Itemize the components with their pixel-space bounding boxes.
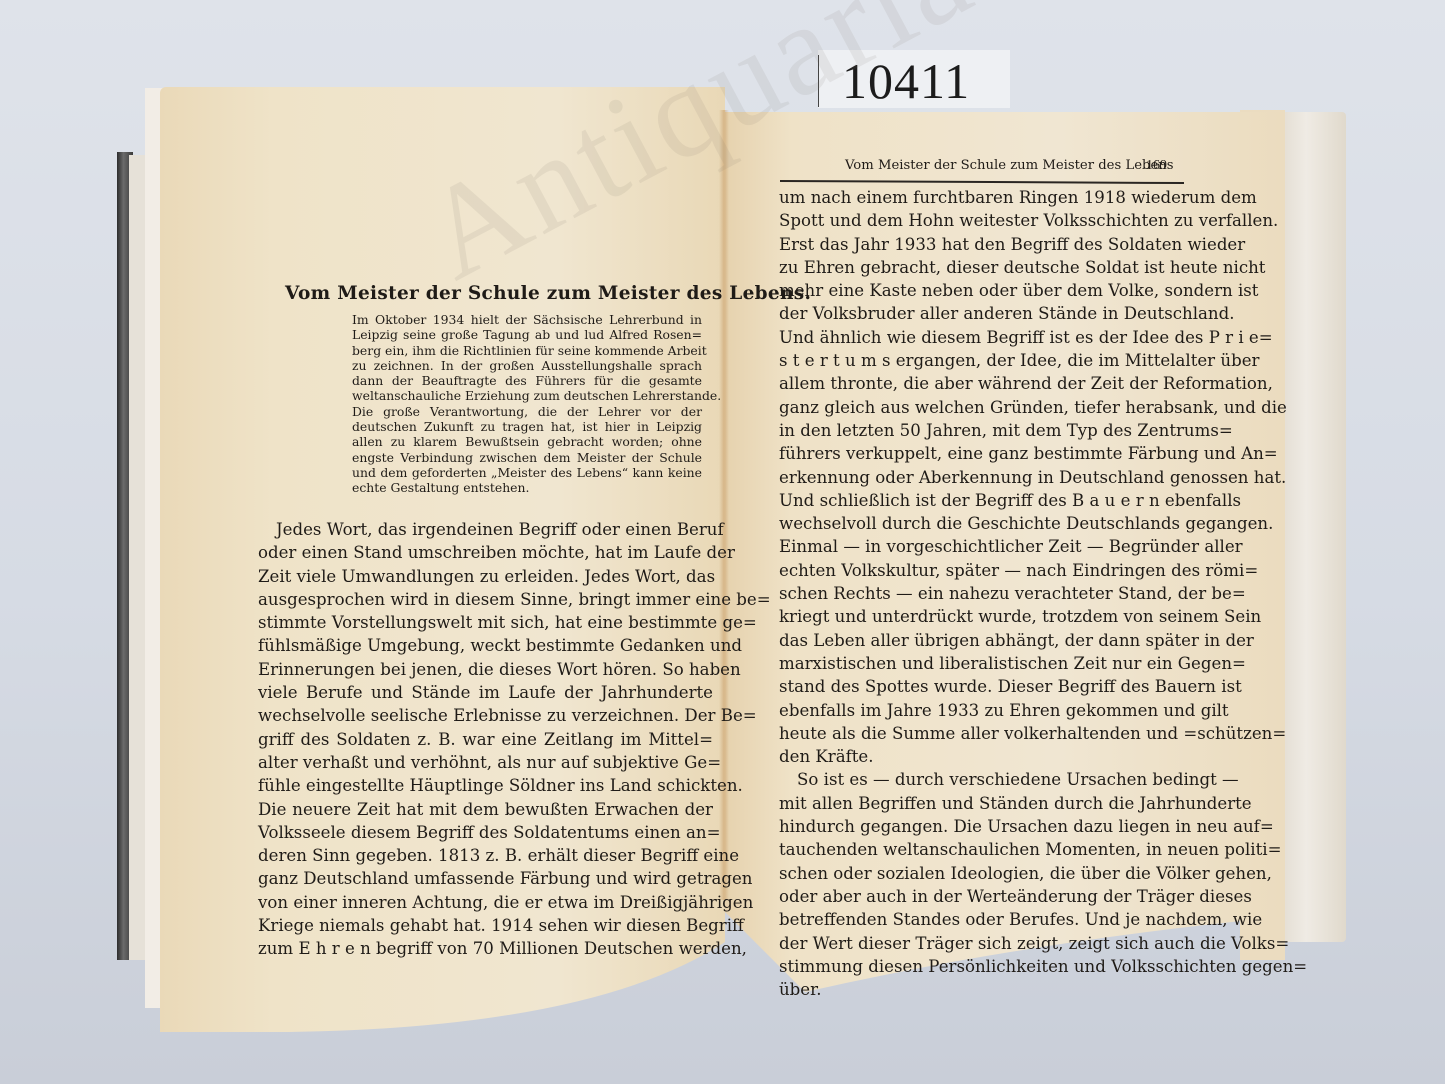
- page-number: 169: [1146, 158, 1167, 174]
- body-line: ebenfalls im Jahre 1933 zu Ehren gekomme…: [779, 699, 1184, 722]
- intro-line: Leipzig seine große Tagung ab und lud Al…: [352, 327, 702, 342]
- intro-line: deutschen Zukunft zu tragen hat, ist hie…: [352, 419, 702, 434]
- body-line: um nach einem furchtbaren Ringen 1918 wi…: [779, 186, 1184, 209]
- body-line: ganz Deutschland umfassende Färbung und …: [258, 867, 713, 890]
- body-line: der Volksbruder aller anderen Stände in …: [779, 302, 1184, 325]
- body-line: in den letzten 50 Jahren, mit dem Typ de…: [779, 419, 1184, 442]
- body-line: fühlsmäßige Umgebung, weckt bestimmte Ge…: [258, 634, 713, 657]
- body-line: über.: [779, 978, 1184, 1001]
- body-line: Erst das Jahr 1933 hat den Begriff des S…: [779, 233, 1184, 256]
- body-line: s t e r t u m s ergangen, der Idee, die …: [779, 349, 1184, 372]
- body-line: oder einen Stand umschreiben möchte, hat…: [258, 541, 713, 564]
- body-line: echten Volkskultur, später — nach Eindri…: [779, 559, 1184, 582]
- body-line: oder aber auch in der Werteänderung der …: [779, 885, 1184, 908]
- body-line: Die neuere Zeit hat mit dem bewußten Erw…: [258, 798, 713, 821]
- body-line: Spott und dem Hohn weitester Volksschich…: [779, 209, 1184, 232]
- body-line: den Kräfte.: [779, 745, 1184, 768]
- body-line: wechselvolle seelische Erlebnisse zu ver…: [258, 704, 713, 727]
- intro-line: allen zu klarem Bewußtsein gebracht word…: [352, 434, 702, 449]
- body-line: der Wert dieser Träger sich zeigt, zeigt…: [779, 932, 1184, 955]
- body-line: das Leben aller übrigen abhängt, der dan…: [779, 629, 1184, 652]
- body-line: Erinnerungen bei jenen, die dieses Wort …: [258, 658, 713, 681]
- intro-line: Die große Verantwortung, die der Lehrer …: [352, 404, 702, 419]
- body-line: schen Rechts — ein nahezu verachteter St…: [779, 582, 1184, 605]
- body-line: allem thronte, die aber während der Zeit…: [779, 372, 1184, 395]
- body-line: betreffenden Standes oder Berufes. Und j…: [779, 908, 1184, 931]
- body-line: stimmung diesen Persönlichkeiten und Vol…: [779, 955, 1184, 978]
- body-line: mit allen Begriffen und Ständen durch di…: [779, 792, 1184, 815]
- running-header: Vom Meister der Schule zum Meister des L…: [845, 158, 1174, 173]
- body-line: wechselvoll durch die Geschichte Deutsch…: [779, 512, 1184, 535]
- intro-line: Im Oktober 1934 hielt der Sächsische Leh…: [352, 312, 702, 327]
- right-page-body: um nach einem furchtbaren Ringen 1918 wi…: [779, 186, 1184, 1001]
- body-line: zum E h r e n begriff von 70 Millionen D…: [258, 937, 713, 960]
- intro-line: und dem geforderten „Meister des Lebens“…: [352, 465, 702, 480]
- intro-line: echte Gestaltung entstehen.: [352, 480, 702, 495]
- body-line: deren Sinn gegeben. 1813 z. B. erhält di…: [258, 844, 713, 867]
- body-line: marxistischen und liberalistischen Zeit …: [779, 652, 1184, 675]
- body-line: kriegt und unterdrückt wurde, trotzdem v…: [779, 605, 1184, 628]
- intro-line: engste Verbindung zwischen dem Meister d…: [352, 450, 702, 465]
- body-line: Jedes Wort, das irgendeinen Begriff oder…: [258, 518, 713, 541]
- left-page-body: Jedes Wort, das irgendeinen Begriff oder…: [258, 518, 713, 961]
- body-line: mehr eine Kaste neben oder über dem Volk…: [779, 279, 1184, 302]
- chapter-intro: Im Oktober 1934 hielt der Sächsische Leh…: [352, 312, 702, 496]
- body-line: hindurch gegangen. Die Ursachen dazu lie…: [779, 815, 1184, 838]
- body-line: griff des Soldaten z. B. war eine Zeitla…: [258, 728, 713, 751]
- body-line: stand des Spottes wurde. Dieser Begriff …: [779, 675, 1184, 698]
- body-line: zu Ehren gebracht, dieser deutsche Solda…: [779, 256, 1184, 279]
- body-line: Zeit viele Umwandlungen zu erleiden. Jed…: [258, 565, 713, 588]
- body-line: viele Berufe und Stände im Laufe der Jah…: [258, 681, 713, 704]
- body-line: ausgesprochen wird in diesem Sinne, brin…: [258, 588, 713, 611]
- body-line: fühle eingestellte Häuptlinge Söldner in…: [258, 774, 713, 797]
- body-line: erkennung oder Aberkennung in Deutschlan…: [779, 466, 1184, 489]
- intro-line: zu zeichnen. In der großen Ausstellungsh…: [352, 358, 702, 373]
- body-line: heute als die Summe aller volkerhaltende…: [779, 722, 1184, 745]
- body-line: Volksseele diesem Begriff des Soldatentu…: [258, 821, 713, 844]
- body-line: ganz gleich aus welchen Gründen, tiefer …: [779, 396, 1184, 419]
- body-line: schen oder sozialen Ideologien, die über…: [779, 862, 1184, 885]
- body-line: stimmte Vorstellungswelt mit sich, hat e…: [258, 611, 713, 634]
- intro-line: dann der Beauftragte des Führers für die…: [352, 373, 702, 388]
- intro-line: weltanschauliche Erziehung zum deutschen…: [352, 388, 702, 403]
- body-line: alter verhaßt und verhöhnt, als nur auf …: [258, 751, 713, 774]
- intro-line: berg ein, ihm die Richtlinien für seine …: [352, 343, 702, 358]
- body-line: von einer inneren Achtung, die er etwa i…: [258, 891, 713, 914]
- body-line: Und ähnlich wie diesem Begriff ist es de…: [779, 326, 1184, 349]
- body-line: Und schließlich ist der Begriff des B a …: [779, 489, 1184, 512]
- body-line: führers verkuppelt, eine ganz bestimmte …: [779, 442, 1184, 465]
- chapter-heading: Vom Meister der Schule zum Meister des L…: [285, 283, 811, 304]
- body-line: So ist es — durch verschiedene Ursachen …: [779, 768, 1184, 791]
- body-line: Kriege niemals gehabt hat. 1914 sehen wi…: [258, 914, 713, 937]
- book-cover-right: [1280, 112, 1346, 942]
- body-line: Einmal — in vorgeschichtlicher Zeit — Be…: [779, 535, 1184, 558]
- body-line: tauchenden weltanschaulichen Momenten, i…: [779, 838, 1184, 861]
